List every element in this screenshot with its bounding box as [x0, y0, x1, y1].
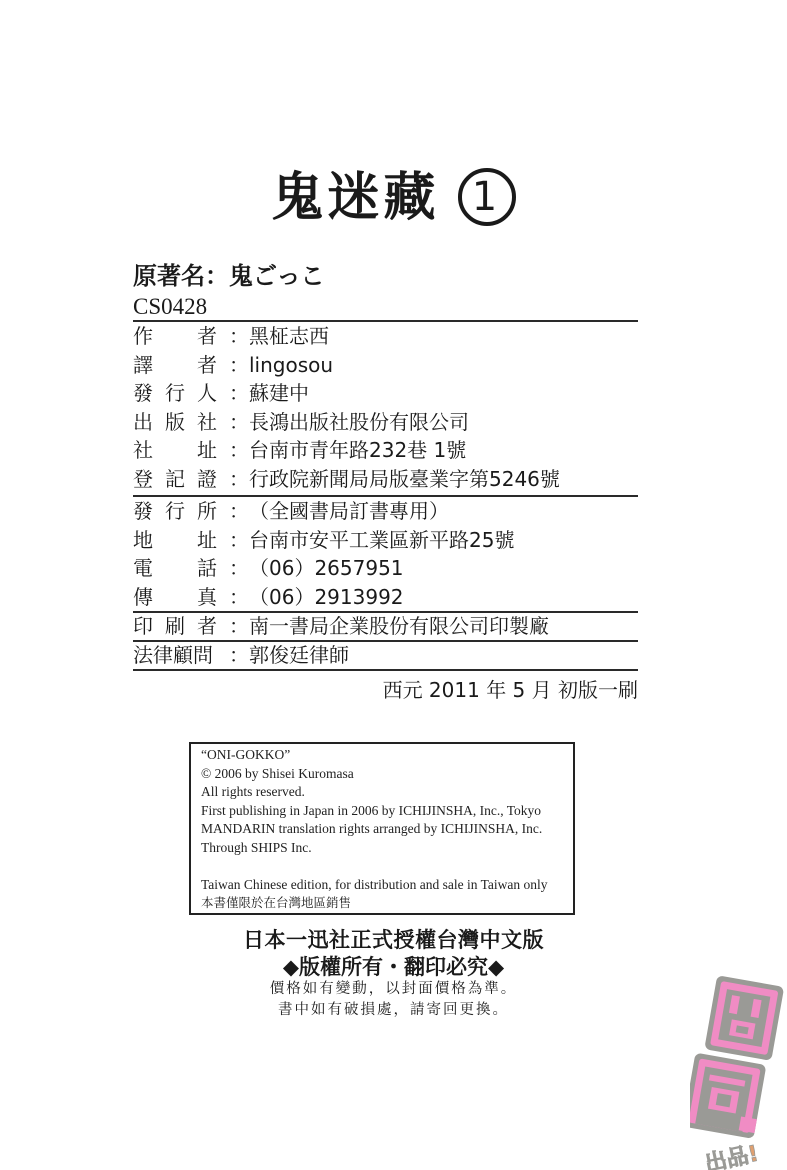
copyright-line: “ONI-GOKKO” [201, 746, 573, 765]
credit-label-char: 發 [133, 379, 165, 407]
colon: ： [229, 583, 249, 611]
colon: ： [229, 612, 249, 640]
credit-label: 作者 [133, 322, 229, 350]
credit-label: 社址 [133, 436, 229, 464]
credit-label-char: 行 [165, 379, 197, 407]
colon: ： [229, 465, 249, 493]
credit-value: lingosou [249, 351, 333, 379]
colon: ： [229, 497, 249, 525]
credit-label-char: 址 [197, 436, 229, 464]
divider [133, 669, 638, 671]
credit-label-char: 者 [197, 612, 229, 640]
license-notice: 日本一迅社正式授權台灣中文版 [0, 926, 787, 954]
rights-notice: ◆版權所有・翻印必究◆ [0, 953, 787, 981]
credit-label: 法律顧問 [133, 641, 229, 669]
credit-row: 發行人：蘇建中 [133, 379, 309, 407]
colon: ： [229, 351, 249, 379]
copyright-line: First publishing in Japan in 2006 by ICH… [201, 802, 573, 821]
catalog-code: CS0428 [133, 294, 207, 320]
colon: ： [229, 526, 249, 554]
credit-row: 作者：黑柾志西 [133, 322, 329, 350]
credit-label: 地址 [133, 526, 229, 554]
credit-label-char: 真 [197, 583, 229, 611]
copyright-box: “ONI-GOKKO” © 2006 by Shisei Kuromasa Al… [189, 742, 575, 915]
colon: ： [229, 408, 249, 436]
title-text: 鬼迷藏 [271, 168, 439, 228]
colon: ： [229, 379, 249, 407]
credit-value: 長鴻出版社股份有限公司 [249, 408, 469, 436]
distribution-en: Taiwan Chinese edition, for distribution… [201, 876, 573, 895]
credit-label-char: 址 [197, 526, 229, 554]
credit-label-char: 作 [133, 322, 165, 350]
colon: ： [229, 322, 249, 350]
credit-value: （06）2913992 [249, 583, 404, 611]
credit-label-char: 話 [197, 554, 229, 582]
credit-label: 傳真 [133, 583, 229, 611]
edition-date: 西元 2011 年 5 月 初版一刷 [310, 676, 638, 704]
credit-row: 電話：（06）2657951 [133, 554, 404, 582]
credit-label: 登記證 [133, 465, 229, 493]
credit-label-char: 登 [133, 465, 165, 493]
credit-label-char: 社 [133, 436, 165, 464]
credit-value: 台南市安平工業區新平路25號 [249, 526, 514, 554]
credit-row: 出版社：長鴻出版社股份有限公司 [133, 408, 469, 436]
price-note: 價格如有變動，以封面價格為準。 [0, 978, 787, 1000]
credit-label-char: 版 [165, 408, 197, 436]
credit-row: 印刷者：南一書局企業股份有限公司印製廠 [133, 612, 549, 640]
credit-label: 發行人 [133, 379, 229, 407]
credit-row: 地址：台南市安平工業區新平路25號 [133, 526, 514, 554]
credit-row-legal: 法律顧問：郭俊廷律師 [133, 641, 349, 669]
credit-label-char: 行 [165, 497, 197, 525]
credit-label: 發行所 [133, 497, 229, 525]
credit-row: 社址：台南市青年路232巷 1號 [133, 436, 466, 464]
colon: ： [229, 554, 249, 582]
credit-label-char: 發 [133, 497, 165, 525]
copyright-line: All rights reserved. [201, 783, 573, 802]
credit-value: 黑柾志西 [249, 322, 329, 350]
credit-row: 譯者：lingosou [133, 351, 333, 379]
credit-value: （全國書局訂書專用） [249, 497, 449, 525]
credit-label-char: 地 [133, 526, 165, 554]
credit-label-char: 電 [133, 554, 165, 582]
credit-row: 發行所：（全國書局訂書專用） [133, 497, 449, 525]
credit-label-char: 證 [197, 465, 229, 493]
distribution-zh: 本書僅限於在台灣地區銷售 [201, 894, 573, 913]
credit-label-char: 記 [165, 465, 197, 493]
credit-row: 登記證：行政院新聞局局版臺業字第5246號 [133, 465, 560, 493]
volume-number: 1 [458, 168, 516, 226]
credit-label-char: 者 [197, 322, 229, 350]
credit-label-char: 人 [197, 379, 229, 407]
copyright-line: Through SHIPS Inc. [201, 839, 573, 858]
copyright-line: MANDARIN translation rights arranged by … [201, 820, 573, 839]
credit-value: 台南市青年路232巷 1號 [249, 436, 466, 464]
credit-label-char: 印 [133, 612, 165, 640]
credit-label: 出版社 [133, 408, 229, 436]
credit-value: 郭俊廷律師 [249, 641, 349, 669]
copyright-line: © 2006 by Shisei Kuromasa [201, 765, 573, 784]
credit-row: 傳真：（06）2913992 [133, 583, 404, 611]
credit-label-char: 者 [197, 351, 229, 379]
credit-label-char: 出 [133, 408, 165, 436]
credit-label-char: 傳 [133, 583, 165, 611]
credit-label-char: 譯 [133, 351, 165, 379]
credit-label: 印刷者 [133, 612, 229, 640]
credit-value: 行政院新聞局局版臺業字第5246號 [249, 465, 560, 493]
credit-label: 電話 [133, 554, 229, 582]
watermark-tag: 出品! [703, 1141, 761, 1170]
watermark-logo: 出品! [690, 975, 785, 1170]
credit-value: 蘇建中 [249, 379, 309, 407]
colon: ： [229, 436, 249, 464]
credit-label: 譯者 [133, 351, 229, 379]
credit-value: 南一書局企業股份有限公司印製廠 [249, 612, 549, 640]
credit-label-char: 社 [197, 408, 229, 436]
credit-label-char: 所 [197, 497, 229, 525]
original-title: 原著名：鬼ごっこ [133, 261, 325, 291]
credit-value: （06）2657951 [249, 554, 404, 582]
colon: ： [229, 641, 249, 669]
replace-note: 書中如有破損處，請寄回更換。 [0, 999, 787, 1021]
credit-label-char: 刷 [165, 612, 197, 640]
book-title: 鬼迷藏1 [0, 168, 787, 230]
